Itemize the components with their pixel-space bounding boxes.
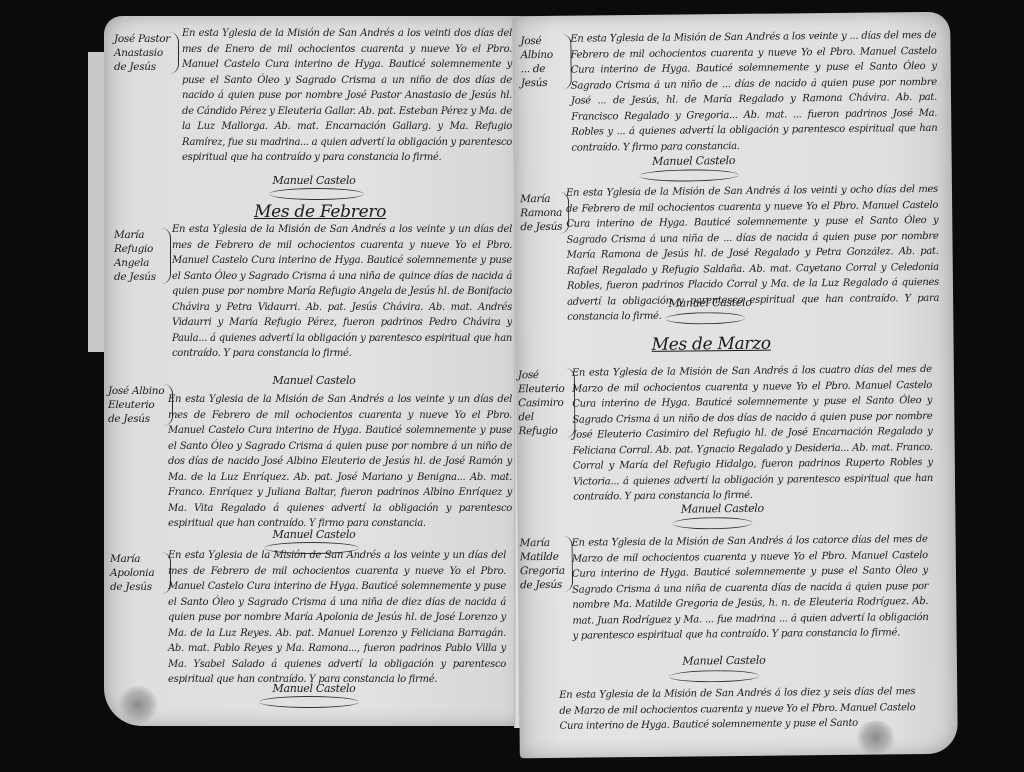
signature-rubric <box>669 670 759 683</box>
signature: Manuel Castelo <box>254 374 374 387</box>
signature: Manuel Castelo <box>254 174 374 187</box>
margin-name: José Albino ... de Jesús <box>520 34 572 91</box>
signature-rubric <box>639 169 739 182</box>
left-page: José Pastor Anastasio de Jesús En esta Y… <box>104 16 522 726</box>
margin-name: María Refugio Angela de Jesús <box>114 228 171 284</box>
signature-rubric <box>269 188 364 200</box>
month-heading: Mes de Marzo <box>651 334 770 355</box>
signature: Manuel Castelo <box>254 528 374 541</box>
signature: Manuel Castelo <box>634 154 754 168</box>
margin-name: José Pastor Anastasio de Jesús <box>114 32 179 74</box>
entry-text: En esta Yglesia de la Misión de San Andr… <box>572 532 929 644</box>
signature: Manuel Castelo <box>669 654 779 668</box>
signature: Manuel Castelo <box>655 296 765 310</box>
paper-stain <box>118 686 158 724</box>
margin-name: José Eleuterio Casimiro del Refugio <box>518 368 576 439</box>
entry-text: En esta Yglesia de la Misión de San Andr… <box>559 684 915 734</box>
signature-rubric <box>259 696 359 708</box>
signature-rubric <box>672 517 752 530</box>
signature: Manuel Castelo <box>667 502 777 516</box>
entry-text: En esta Yglesia de la Misión de San Andr… <box>168 392 512 532</box>
signature: Manuel Castelo <box>254 682 374 695</box>
right-page: José Albino ... de Jesús En esta Yglesia… <box>512 12 958 759</box>
entry-text: En esta Yglesia de la Misión de San Andr… <box>168 548 506 688</box>
month-heading: Mes de Febrero <box>254 202 386 222</box>
open-register-book: José Pastor Anastasio de Jesús En esta Y… <box>0 0 1024 772</box>
entry-text: En esta Yglesia de la Misión de San Andr… <box>572 362 933 505</box>
entry-text: En esta Yglesia de la Misión de San Andr… <box>172 222 512 362</box>
margin-name: José Albino Eleuterio de Jesús <box>108 384 173 426</box>
margin-name: María Ramona de Jesús <box>520 192 569 235</box>
entry-text: En esta Yglesia de la Misión de San Andr… <box>182 26 512 166</box>
entry-text: En esta Yglesia de la Misión de San Andr… <box>570 28 937 156</box>
margin-name: María Matilde Gregoria de Jesús <box>520 536 574 593</box>
margin-name: María Apolonia de Jesús <box>110 552 171 594</box>
